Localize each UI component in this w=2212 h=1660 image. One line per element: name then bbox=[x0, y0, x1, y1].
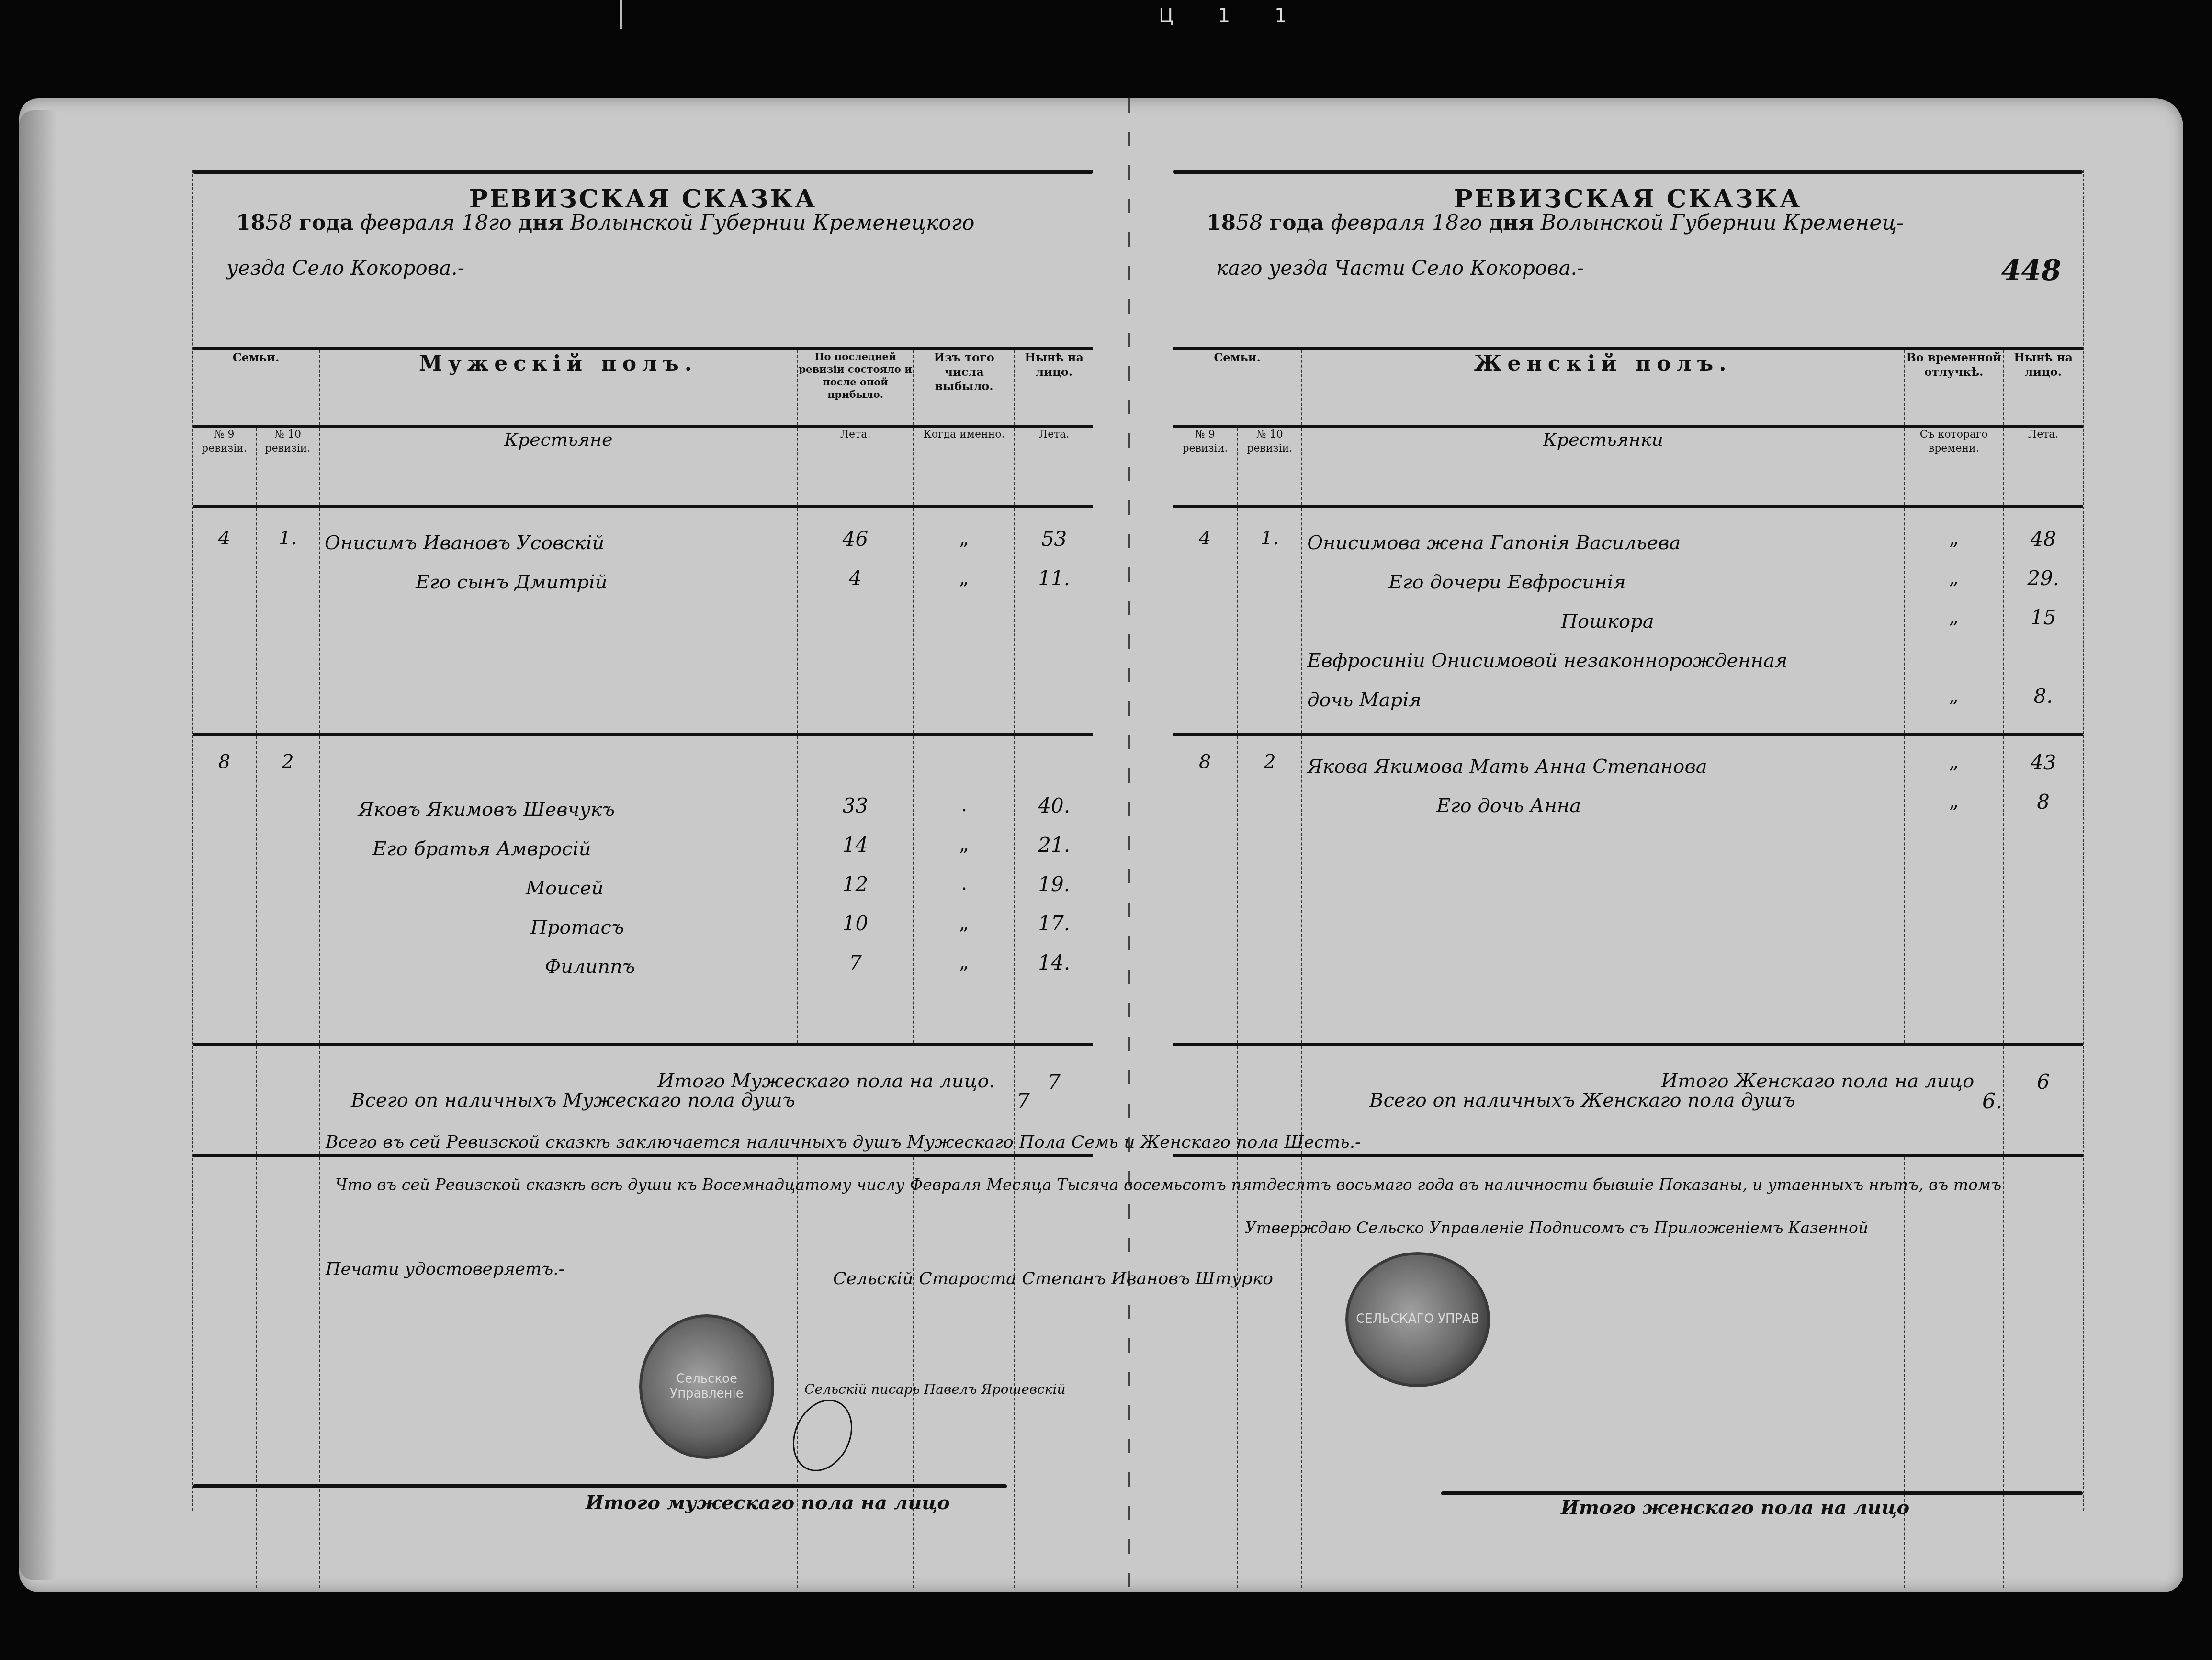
class-handwritten: Крестьянки bbox=[1543, 429, 1663, 450]
footer-rule bbox=[193, 1484, 1007, 1488]
rev10-number: 1. bbox=[1238, 507, 1302, 735]
book-page-edge bbox=[19, 110, 57, 1580]
family-row: 4 1. Онисимъ Ивановъ Усовскій Его сынъ Д… bbox=[193, 507, 1093, 735]
ditto-mark: „ bbox=[914, 833, 1014, 872]
age-value: 14. bbox=[1015, 951, 1093, 990]
col-family: Семьи. bbox=[1173, 349, 1302, 427]
col-rev10: № 10 ревизіи. bbox=[256, 427, 319, 507]
header-village-line: каго уезда Части Село Кокорова.- bbox=[1216, 256, 1584, 280]
class-handwritten: Крестьяне bbox=[504, 429, 613, 450]
day-label: дня bbox=[1489, 211, 1534, 235]
last-rev-ages: 33 14 12 10 7 bbox=[797, 735, 914, 1045]
ditto-mark: „ bbox=[1905, 566, 2003, 606]
top-rule bbox=[1173, 170, 2083, 174]
age-value: 21. bbox=[1015, 833, 1093, 872]
rev10-number: 2 bbox=[1238, 735, 1302, 1045]
rev9-number: 4 bbox=[1173, 507, 1238, 735]
rev9-number: 8 bbox=[1173, 735, 1238, 1045]
ditto-mark: . bbox=[914, 794, 1014, 833]
person-name: Его сынъ Дмитрій bbox=[416, 571, 607, 593]
now-ages: 40. 21. 19. 17. 14. bbox=[1015, 735, 1093, 1045]
person-name: дочь Марія bbox=[1307, 689, 1422, 711]
page-title: РЕВИЗСКАЯ СКАЗКА bbox=[1173, 184, 2083, 214]
person-name: Онисимова жена Гапонія Васильева bbox=[1307, 532, 1681, 554]
rev9-number: 4 bbox=[193, 507, 256, 735]
age-value: 33 bbox=[798, 794, 913, 833]
person-name: Пошкора bbox=[1561, 610, 1654, 632]
age-value: 12 bbox=[798, 872, 913, 912]
names-cell: Онисимъ Ивановъ Усовскій Его сынъ Дмитрі… bbox=[319, 507, 797, 735]
ditto-mark: „ bbox=[1905, 606, 2003, 645]
printed-footer-female: Итого женскаго пола на лицо bbox=[1561, 1496, 1909, 1519]
seal-stamp-right: СЕЛЬСКАГО УПРАВ bbox=[1345, 1252, 1490, 1387]
year-printed: 18 bbox=[1207, 211, 1236, 235]
stamp-text: Сельское Управленіе bbox=[642, 1372, 771, 1401]
age-value: 11. bbox=[1015, 566, 1093, 606]
departed-marks: . „ . „ „ bbox=[914, 735, 1015, 1045]
col-family: Семьи. bbox=[193, 349, 319, 427]
year-label: года bbox=[1269, 211, 1324, 235]
day-label: дня bbox=[519, 211, 564, 235]
ditto-mark: „ bbox=[914, 527, 1014, 566]
top-rule bbox=[193, 170, 1093, 174]
col-rev9: № 9 ревизіи. bbox=[1173, 427, 1238, 507]
age-value: 48 bbox=[2004, 527, 2083, 566]
header-village-line: уезда Село Кокорова.- bbox=[226, 256, 464, 280]
seal-stamp-left: Сельское Управленіе bbox=[639, 1314, 774, 1459]
ditto-mark bbox=[1905, 645, 2003, 684]
person-name: Его братья Амвросій bbox=[372, 838, 591, 860]
now-ages: 48 29. 15 8. bbox=[2003, 507, 2083, 735]
col-last-rev-years: Лета. bbox=[797, 427, 914, 507]
col-rev10: № 10 ревизіи. bbox=[1238, 427, 1302, 507]
last-rev-ages: 46 4 bbox=[797, 507, 914, 735]
col-sex-male: Мужескій полъ. bbox=[319, 349, 797, 427]
names-cell: Яковъ Якимовъ Шевчукъ Его братья Амвросі… bbox=[319, 735, 797, 1045]
age-value: 8 bbox=[2004, 790, 2083, 829]
certification-line-3: Утверждаю Сельско Управленіе Подписомъ с… bbox=[1245, 1219, 1868, 1237]
family-row: 8 2 Якова Якимова Мать Анна Степанова Ег… bbox=[1173, 735, 2083, 1045]
age-value: 14 bbox=[798, 833, 913, 872]
col-departed: Изъ того числа выбыло. bbox=[914, 349, 1015, 427]
archive-tick-mark bbox=[620, 0, 622, 29]
age-value: 40. bbox=[1015, 794, 1093, 833]
person-name: Его дочери Евфросинія bbox=[1388, 571, 1626, 593]
ditto-mark: „ bbox=[1905, 751, 2003, 790]
list-item: Евфросиніи Онисимовой незаконнорожденная bbox=[1302, 645, 1904, 684]
left-page-male: РЕВИЗСКАЯ СКАЗКА 1858 года февраля 18го … bbox=[192, 170, 1093, 1511]
departed-marks: „ „ bbox=[914, 507, 1015, 735]
year-handwritten: 58 bbox=[265, 211, 292, 235]
rev10-number: 1. bbox=[256, 507, 319, 735]
year-label: года bbox=[299, 211, 353, 235]
age-value: 15 bbox=[2004, 606, 2083, 645]
names-cell: Онисимова жена Гапонія Васильева Его доч… bbox=[1302, 507, 1904, 735]
grand-total-label: Всего on наличныхъ Женскаго пола душъ bbox=[1369, 1089, 1795, 1111]
age-value: 46 bbox=[798, 527, 913, 566]
certification-line-2: Что въ сей Ревизской сказкѣ всѣ души къ … bbox=[335, 1175, 2001, 1194]
col-class: Крестьяне bbox=[319, 427, 797, 507]
ditto-mark: „ bbox=[914, 951, 1014, 990]
col-now-years: Лета. bbox=[2003, 427, 2083, 507]
rev10-number: 2 bbox=[256, 735, 319, 1045]
person-name: Его дочь Анна bbox=[1436, 795, 1581, 817]
date-handwritten: февраля 18го bbox=[1331, 211, 1482, 235]
family-row: 4 1. Онисимова жена Гапонія Васильева Ег… bbox=[1173, 507, 2083, 735]
age-value: 17. bbox=[1015, 912, 1093, 951]
list-item: Яковъ Якимовъ Шевчукъ bbox=[320, 794, 797, 833]
list-item: Его сынъ Дмитрій bbox=[320, 566, 797, 606]
elder-signature: Сельскій Староста Степанъ Ивановъ Штурко bbox=[833, 1269, 1273, 1288]
female-register-table: Семьи. Женскій полъ. Во временной отлучк… bbox=[1173, 347, 2083, 1588]
header-date-line: 1858 года февраля 18го дня Волынской Губ… bbox=[236, 211, 975, 235]
grand-total-value: 6. bbox=[1982, 1089, 2002, 1114]
right-page-female: РЕВИЗСКАЯ СКАЗКА 1858 года февраля 18го … bbox=[1173, 170, 2084, 1511]
now-ages: 43 8 bbox=[2003, 735, 2083, 1045]
list-item: Онисимова жена Гапонія Васильева bbox=[1302, 527, 1904, 566]
grand-total-value: 7 bbox=[1016, 1089, 1030, 1114]
certification-line-1: Всего въ сей Ревизской сказкѣ заключаетс… bbox=[326, 1132, 1361, 1152]
age-value: 8. bbox=[2004, 684, 2083, 723]
list-item: Его дочь Анна bbox=[1302, 790, 1904, 829]
scribe-signature: Сельскій писарь Павелъ Ярошевскій bbox=[804, 1381, 1065, 1397]
age-value: 29. bbox=[2004, 566, 2083, 606]
certification-line-4: Печати удостоверяетъ.- bbox=[326, 1259, 564, 1279]
col-rev9: № 9 ревизіи. bbox=[193, 427, 256, 507]
person-name: Моисей bbox=[526, 877, 604, 899]
list-item: Его дочери Евфросинія bbox=[1302, 566, 1904, 606]
age-value bbox=[2004, 645, 2083, 684]
absent-marks: „ „ bbox=[1904, 735, 2003, 1045]
absent-marks: „ „ „ „ bbox=[1904, 507, 2003, 735]
age-value: 7 bbox=[798, 951, 913, 990]
date-handwritten: февраля 18го bbox=[360, 211, 511, 235]
age-value: 10 bbox=[798, 912, 913, 951]
ditto-mark: „ bbox=[914, 566, 1014, 606]
names-cell: Якова Якимова Мать Анна Степанова Его до… bbox=[1302, 735, 1904, 1045]
ditto-mark: „ bbox=[1905, 790, 2003, 829]
stamp-text: СЕЛЬСКАГО УПРАВ bbox=[1356, 1312, 1479, 1327]
person-name: Евфросиніи Онисимовой незаконнорожденная bbox=[1307, 650, 1787, 672]
list-item: Пошкора bbox=[1302, 606, 1904, 645]
col-departed-when: Когда именно. bbox=[914, 427, 1015, 507]
folio-number: 448 bbox=[2001, 254, 2061, 287]
age-value: 4 bbox=[798, 566, 913, 606]
year-printed: 18 bbox=[236, 211, 265, 235]
book-gutter bbox=[1128, 98, 1130, 1592]
ditto-mark: . bbox=[914, 872, 1014, 912]
place-handwritten: Волынской Губернии Кременецкого bbox=[570, 211, 975, 235]
ditto-mark: „ bbox=[1905, 527, 2003, 566]
rev9-number: 8 bbox=[193, 735, 256, 1045]
list-item: Моисей bbox=[320, 872, 797, 912]
ditto-mark: „ bbox=[914, 912, 1014, 951]
place-handwritten: Волынской Губернии Кременец- bbox=[1541, 211, 1904, 235]
col-sex-female: Женскій полъ. bbox=[1302, 349, 1904, 427]
list-item: Протасъ bbox=[320, 912, 797, 951]
person-name: Протасъ bbox=[530, 916, 624, 938]
age-value: 19. bbox=[1015, 872, 1093, 912]
age-value: 43 bbox=[2004, 751, 2083, 790]
person-name: Онисимъ Ивановъ Усовскій bbox=[325, 532, 604, 554]
page-title: РЕВИЗСКАЯ СКАЗКА bbox=[193, 184, 1093, 214]
header-date-line: 1858 года февраля 18го дня Волынской Губ… bbox=[1207, 211, 1904, 235]
age-value: 53 bbox=[1015, 527, 1093, 566]
col-last-revision: По последней ревизіи состояло и после он… bbox=[797, 349, 914, 427]
col-absent-since: Съ котораго времени. bbox=[1904, 427, 2003, 507]
col-class: Крестьянки bbox=[1302, 427, 1904, 507]
col-now-years: Лета. bbox=[1015, 427, 1093, 507]
family-row: 8 2 Яковъ Якимовъ Шевчукъ Его братья Амв… bbox=[193, 735, 1093, 1045]
grand-total-label: Всего on наличныхъ Мужескаго пола душъ bbox=[351, 1089, 795, 1111]
person-name: Филиппъ bbox=[545, 956, 635, 978]
ditto-mark: „ bbox=[1905, 684, 2003, 723]
footer-rule bbox=[1441, 1491, 2083, 1495]
printed-footer-male: Итого мужескаго пола на лицо bbox=[586, 1491, 950, 1514]
now-ages: 53 11. bbox=[1015, 507, 1093, 735]
person-name: Яковъ Якимовъ Шевчукъ bbox=[358, 799, 615, 821]
col-now-present: Нынѣ на лицо. bbox=[2003, 349, 2083, 427]
list-item: Филиппъ bbox=[320, 951, 797, 990]
list-item: Онисимъ Ивановъ Усовскій bbox=[320, 527, 797, 566]
archive-frame-marks: Ц 1 1 bbox=[1159, 5, 1306, 27]
list-item: Якова Якимова Мать Анна Степанова bbox=[1302, 751, 1904, 790]
col-temporary-absence: Во временной отлучкѣ. bbox=[1904, 349, 2003, 427]
year-handwritten: 58 bbox=[1236, 211, 1263, 235]
total-value: 6 bbox=[2003, 1045, 2083, 1156]
person-name: Якова Якимова Мать Анна Степанова bbox=[1307, 756, 1707, 778]
list-item: Его братья Амвросій bbox=[320, 833, 797, 872]
col-now-present: Нынѣ на лицо. bbox=[1015, 349, 1093, 427]
list-item: дочь Марія bbox=[1302, 684, 1904, 723]
